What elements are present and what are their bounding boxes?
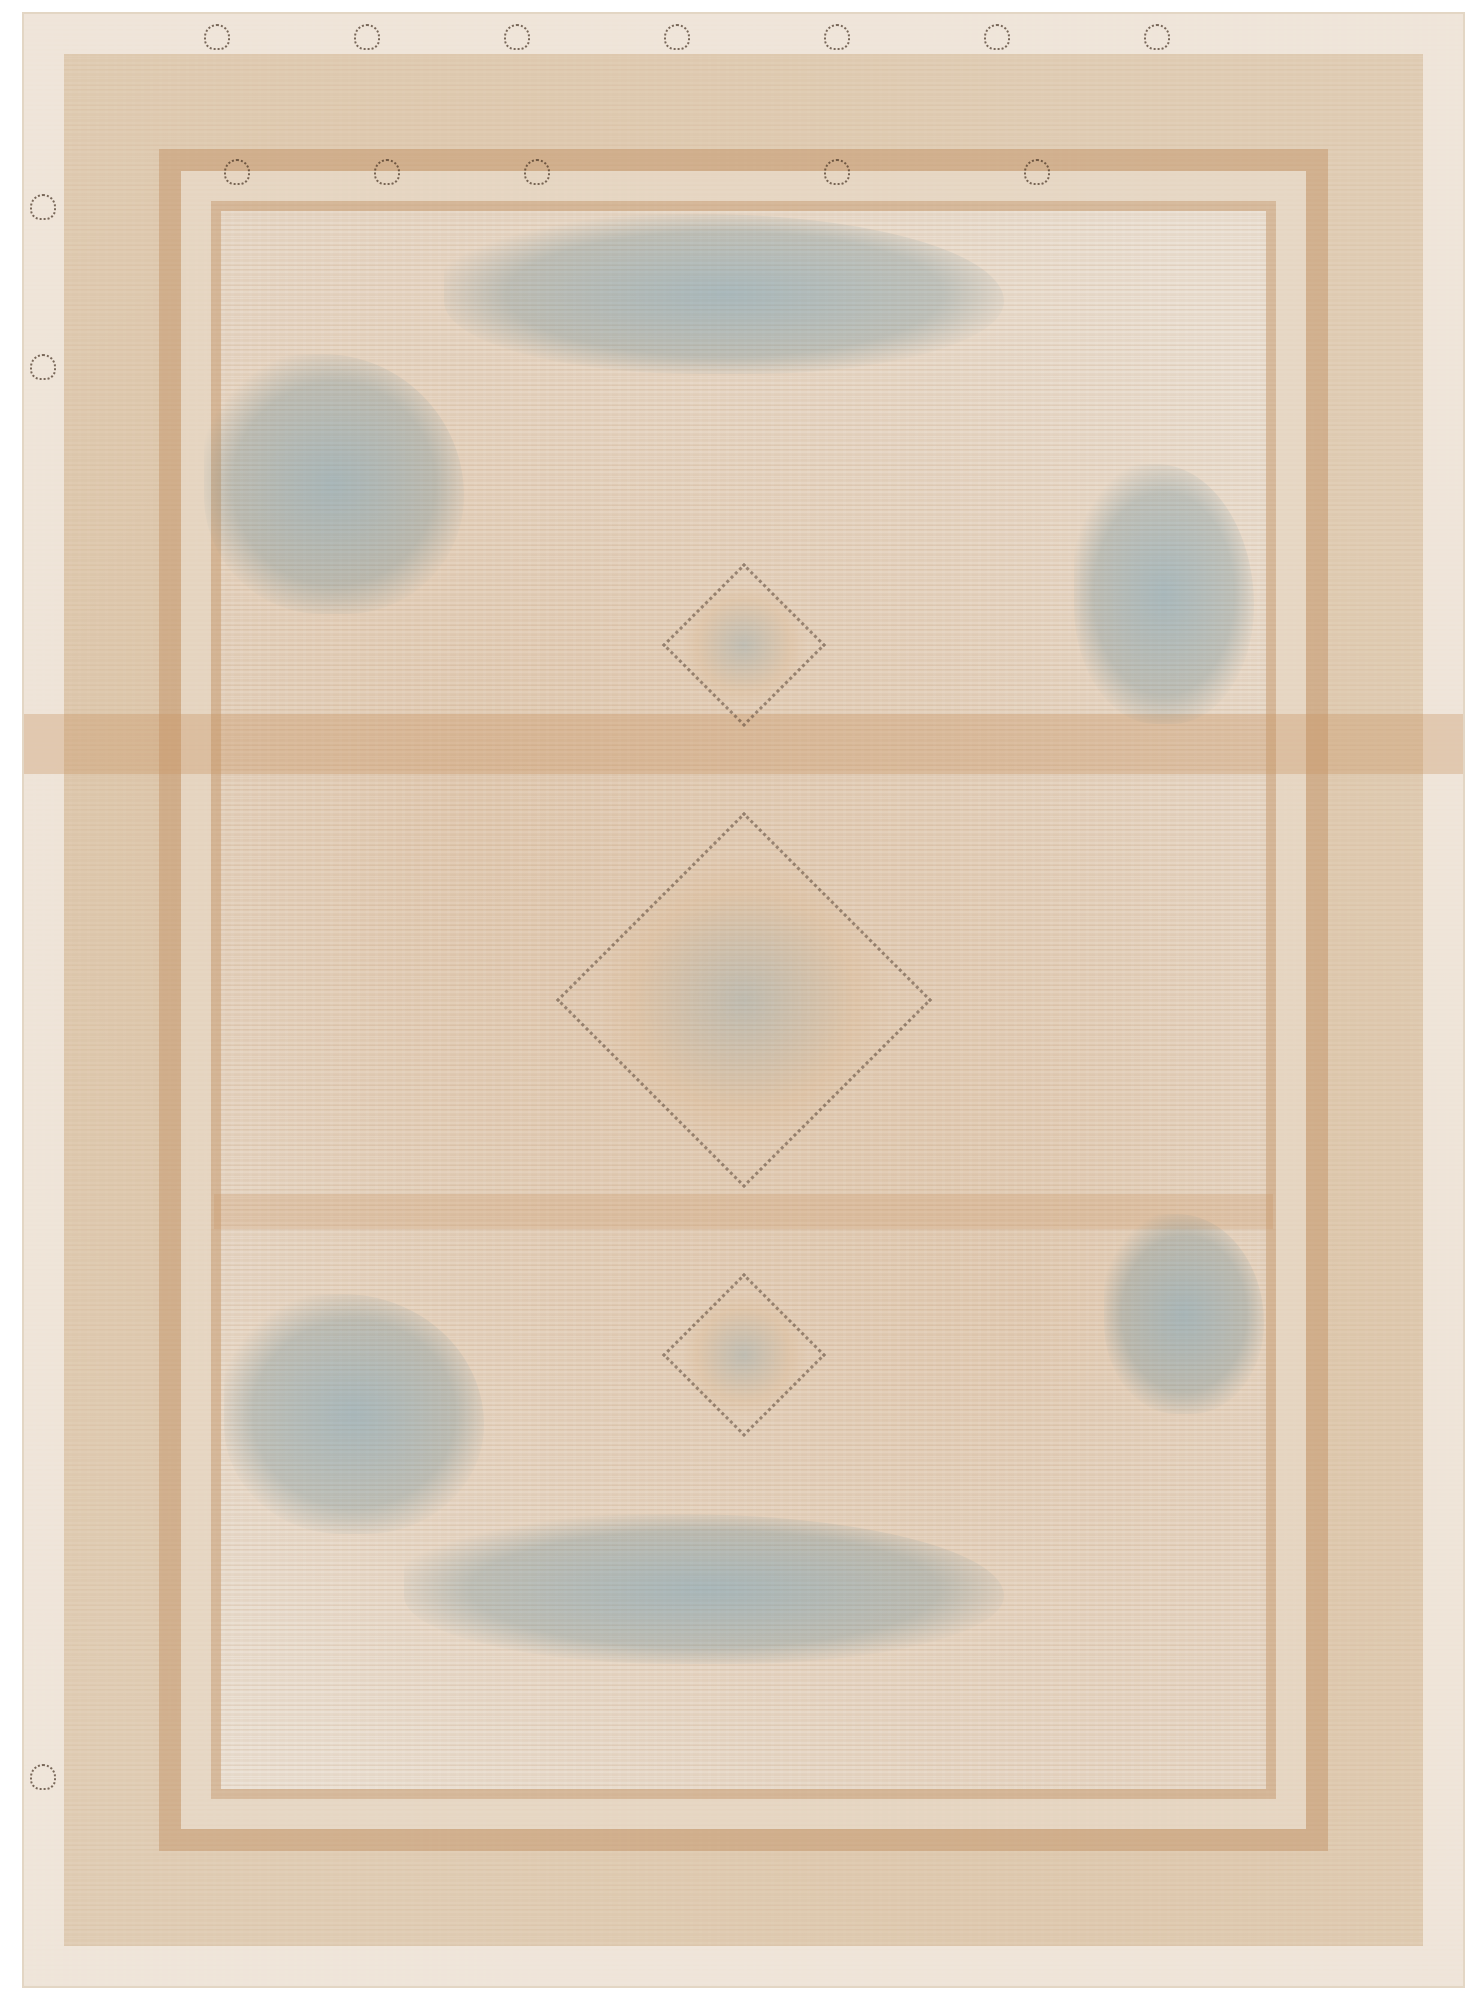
trefoil-motif <box>824 24 850 50</box>
trefoil-motif <box>1144 24 1170 50</box>
trefoil-motif <box>30 1764 56 1790</box>
trefoil-motif <box>30 354 56 380</box>
rug <box>24 14 1463 1986</box>
horizontal-fade-stripe <box>214 1194 1273 1229</box>
trefoil-motif <box>374 159 400 185</box>
trefoil-motif <box>30 194 56 220</box>
trefoil-motif <box>224 159 250 185</box>
trefoil-motif <box>524 159 550 185</box>
trefoil-motif <box>1024 159 1050 185</box>
trefoil-motif <box>204 24 230 50</box>
trefoil-motif <box>354 24 380 50</box>
trefoil-motif <box>824 159 850 185</box>
trefoil-motif <box>664 24 690 50</box>
trefoil-motif <box>984 24 1010 50</box>
trefoil-motif <box>504 24 530 50</box>
